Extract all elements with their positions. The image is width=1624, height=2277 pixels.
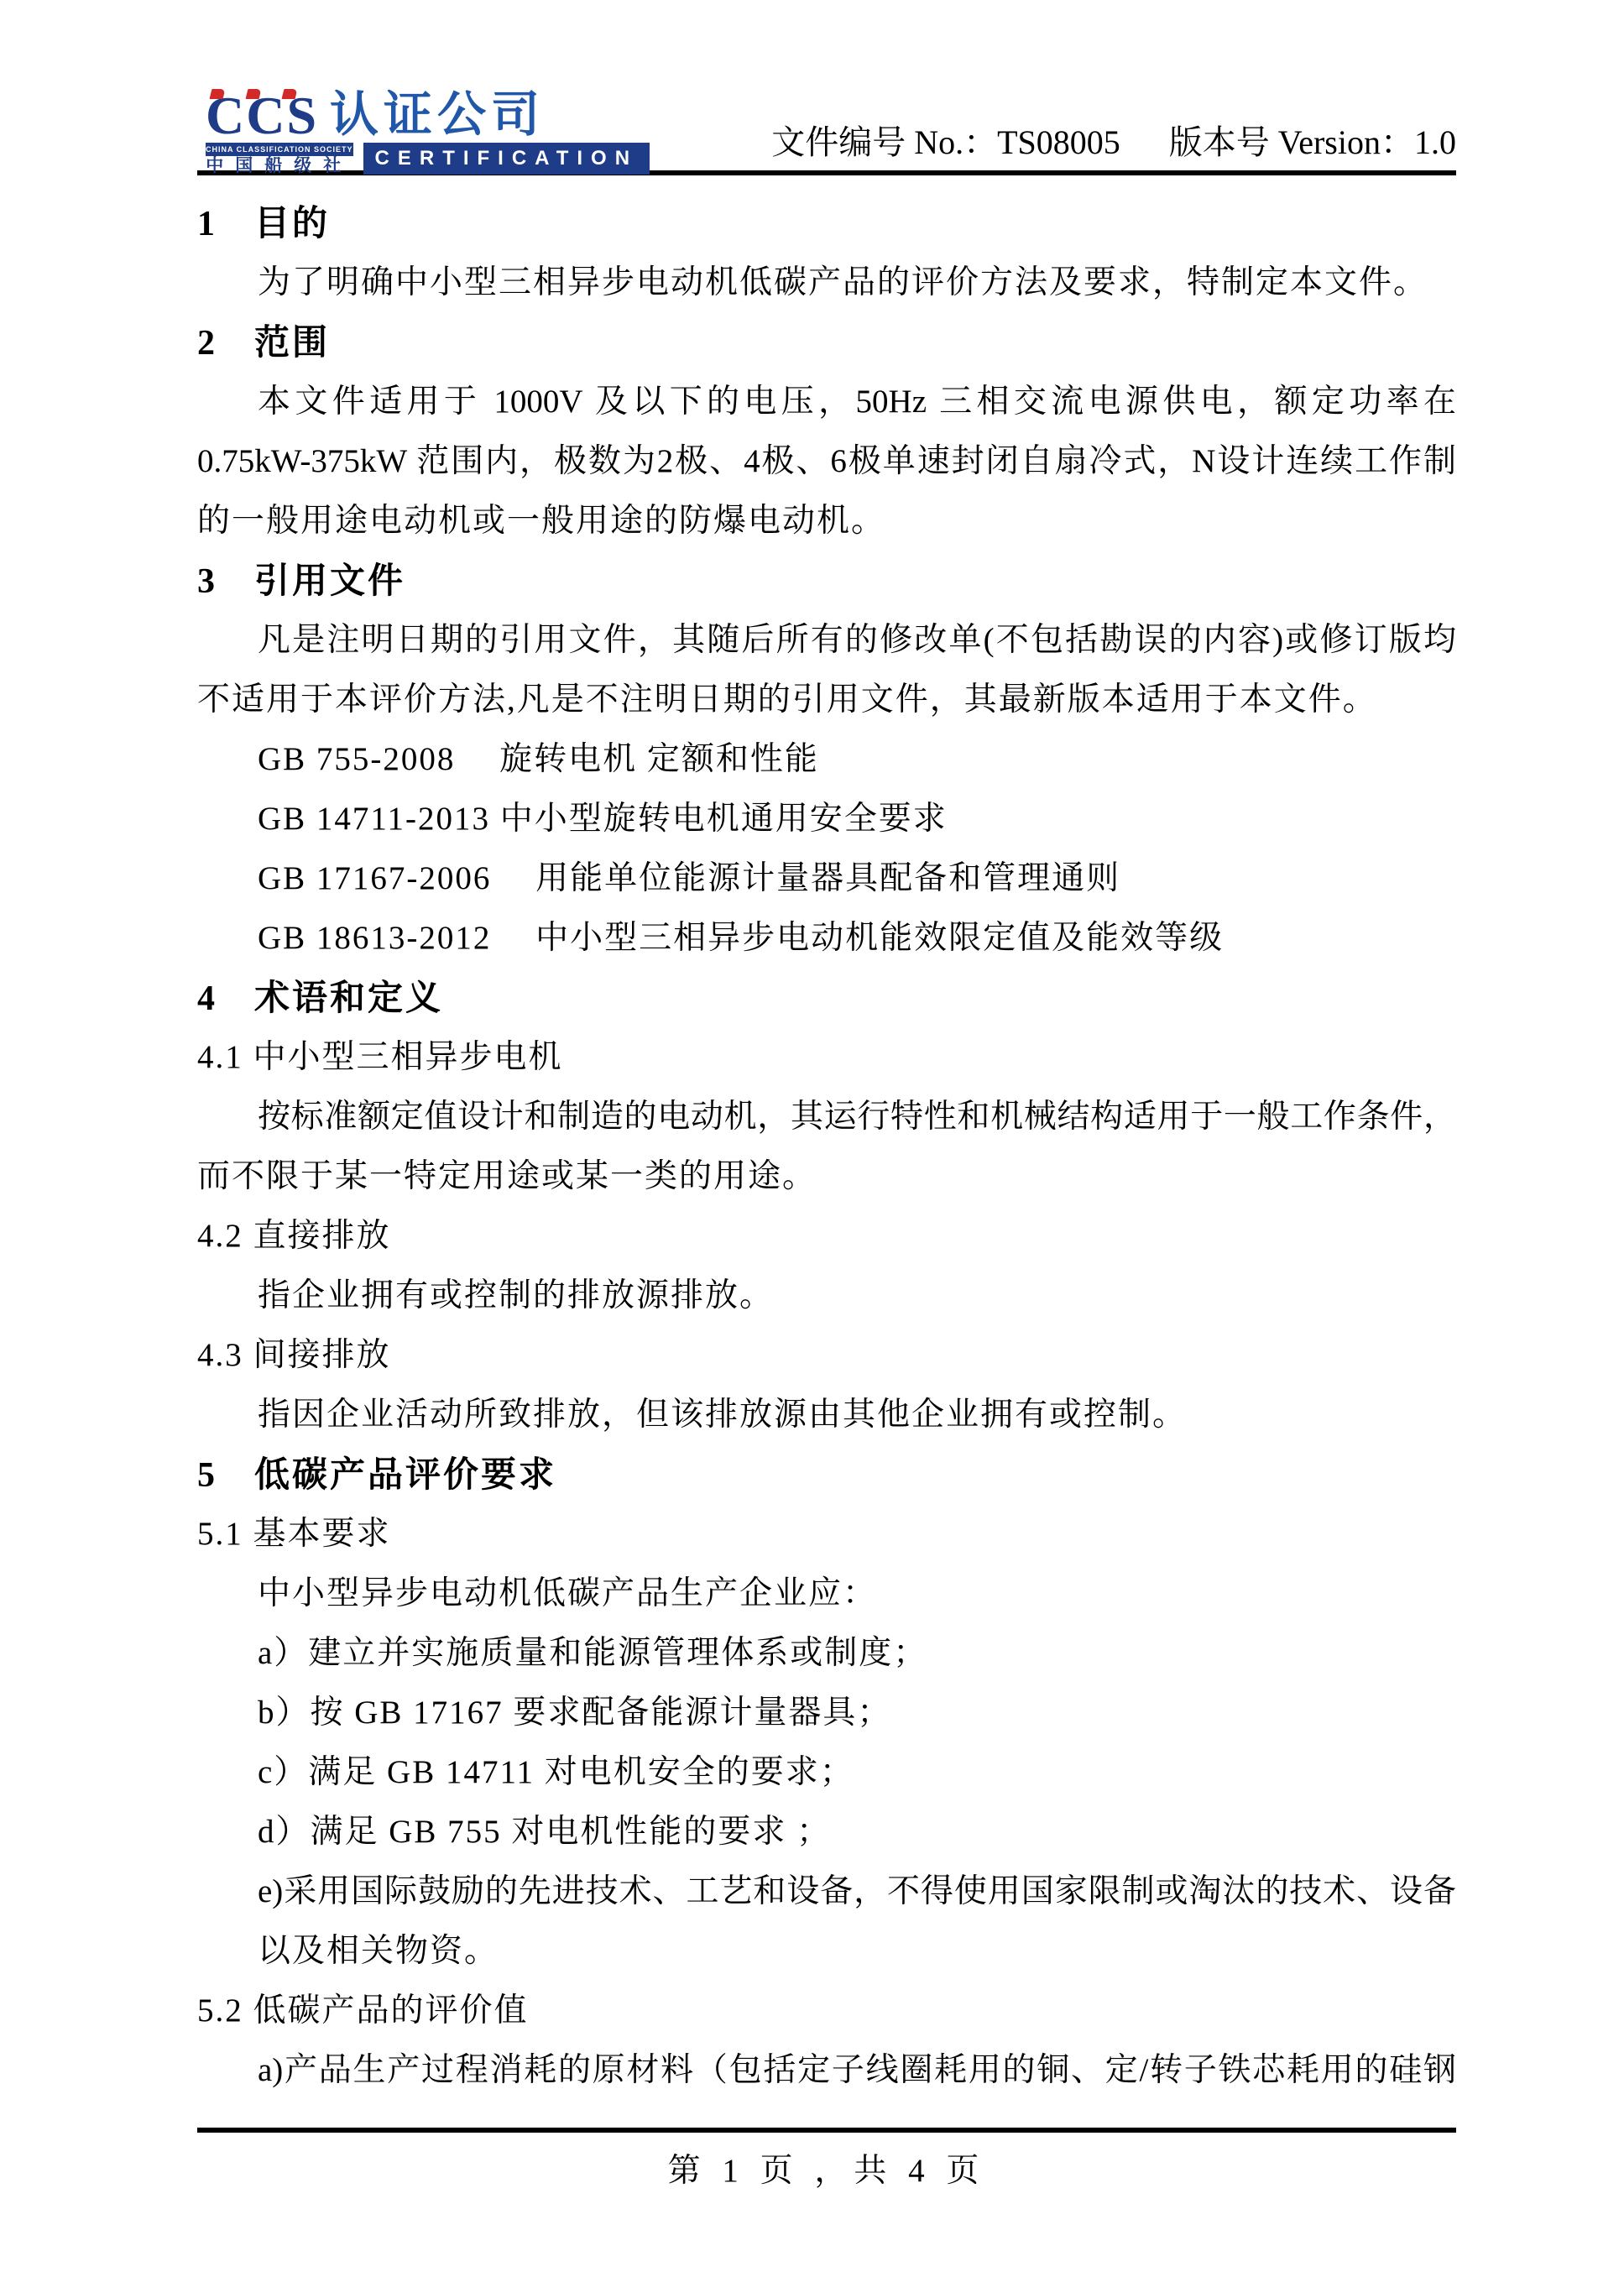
header-meta: 文件编号 No.：TS08005版本号 Version：1.0 bbox=[771, 116, 1456, 164]
section-heading: 2范围 bbox=[197, 312, 1456, 372]
list-item: b）按 GB 17167 要求配备能源计量器具； bbox=[197, 1683, 1456, 1742]
section-title: 目的 bbox=[254, 203, 330, 243]
section-heading: 4术语和定义 bbox=[197, 968, 1456, 1027]
list-item: a)产品生产过程消耗的原材料（包括定子线圈耗用的铜、定/转子铁芯耗用的硅钢 bbox=[197, 2040, 1456, 2100]
list-item: a）建立并实施质量和能源管理体系或制度； bbox=[197, 1623, 1456, 1683]
paragraph-line: 凡是注明日期的引用文件，其随后所有的修改单(不包括勘误的内容)或修订版均 bbox=[197, 610, 1456, 670]
subsection-heading: 5.2 低碳产品的评价值 bbox=[197, 1981, 1456, 2040]
paragraph-line: 指企业拥有或控制的排放源排放。 bbox=[197, 1266, 1456, 1325]
reference-item: GB 17167-2006 用能单位能源计量器具配备和管理通则 bbox=[197, 849, 1456, 908]
section-title: 低碳产品评价要求 bbox=[254, 1454, 556, 1494]
subsection-heading: 4.1 中小型三相异步电机 bbox=[197, 1027, 1456, 1087]
reference-item: GB 755-2008 旋转电机 定额和性能 bbox=[197, 729, 1456, 789]
paragraph-line: 本文件适用于 1000V 及以下的电压，50Hz 三相交流电源供电，额定功率在 bbox=[197, 372, 1456, 431]
section-number: 4 bbox=[197, 969, 254, 1029]
paragraph-line: 为了明确中小型三相异步电动机低碳产品的评价方法及要求，特制定本文件。 bbox=[197, 253, 1456, 312]
page-header: CCS 认证公司 CHINA CLASSIFICATION SOCIETY 中国… bbox=[197, 0, 1456, 175]
section-heading: 1目的 bbox=[197, 193, 1456, 253]
version-number: 版本号 Version：1.0 bbox=[1169, 123, 1456, 161]
reference-item: GB 14711-2013 中小型旋转电机通用安全要求 bbox=[197, 789, 1456, 849]
page-footer: 第 1 页 ，共 4 页 bbox=[197, 2128, 1456, 2191]
ccs-logo-text: CCS bbox=[206, 92, 318, 139]
section-title: 引用文件 bbox=[254, 561, 405, 600]
section-number: 3 bbox=[197, 552, 254, 612]
document-page: CCS 认证公司 CHINA CLASSIFICATION SOCIETY 中国… bbox=[0, 0, 1624, 2277]
logo-left-block: CHINA CLASSIFICATION SOCIETY 中国船级社 bbox=[206, 143, 353, 176]
paragraph-line: 按标准额定值设计和制造的电动机，其运行特性和机械结构适用于一般工作条件， bbox=[197, 1087, 1456, 1146]
reference-item: GB 18613-2012 中小型三相异步电动机能效限定值及能效等级 bbox=[197, 908, 1456, 968]
doc-number: 文件编号 No.：TS08005 bbox=[771, 123, 1120, 161]
subsection-heading: 4.3 间接排放 bbox=[197, 1325, 1456, 1385]
ccs-logo: CCS 认证公司 CHINA CLASSIFICATION SOCIETY 中国… bbox=[206, 91, 558, 176]
document-body: 1目的 为了明确中小型三相异步电动机低碳产品的评价方法及要求，特制定本文件。 2… bbox=[197, 175, 1456, 2100]
society-cn-name: 中国船级社 bbox=[206, 156, 353, 176]
subsection-heading: 5.1 基本要求 bbox=[197, 1504, 1456, 1564]
certification-banner: CERTIFICATION bbox=[363, 143, 650, 175]
paragraph-line: 的一般用途电动机或一般用途的防爆电动机。 bbox=[197, 491, 1456, 551]
paragraph-line: 0.75kW-375kW 范围内，极数为2极、4极、6极单速封闭自扇冷式，N设计… bbox=[197, 431, 1456, 491]
list-item: d）满足 GB 755 对电机性能的要求 ； bbox=[197, 1802, 1456, 1862]
paragraph-line: 指因企业活动所致排放，但该排放源由其他企业拥有或控制。 bbox=[197, 1385, 1456, 1444]
section-number: 2 bbox=[197, 314, 254, 373]
paragraph-line: 中小型异步电动机低碳产品生产企业应： bbox=[197, 1564, 1456, 1623]
section-number: 5 bbox=[197, 1446, 254, 1506]
logo-bottom-row: CHINA CLASSIFICATION SOCIETY 中国船级社 CERTI… bbox=[206, 143, 558, 176]
logo-cn-name: 认证公司 bbox=[330, 91, 545, 139]
section-heading: 5低碳产品评价要求 bbox=[197, 1444, 1456, 1504]
section-number: 1 bbox=[197, 195, 254, 254]
section-title: 范围 bbox=[254, 322, 330, 362]
ccs-red-accent-icon bbox=[210, 89, 226, 99]
ccs-red-accent-icon bbox=[246, 89, 262, 99]
paragraph-line: 不适用于本评价方法,凡是不注明日期的引用文件，其最新版本适用于本文件。 bbox=[197, 670, 1456, 729]
section-heading: 3引用文件 bbox=[197, 551, 1456, 610]
paragraph-line: 而不限于某一特定用途或某一类的用途。 bbox=[197, 1146, 1456, 1206]
subsection-heading: 4.2 直接排放 bbox=[197, 1206, 1456, 1266]
page-number: 第 1 页 ，共 4 页 bbox=[197, 2133, 1456, 2191]
list-item-continuation: 以及相关物资。 bbox=[197, 1921, 1456, 1981]
list-item: c）满足 GB 14711 对电机安全的要求； bbox=[197, 1742, 1456, 1802]
logo-top-row: CCS 认证公司 bbox=[206, 91, 558, 139]
ccs-red-accent-icon bbox=[282, 89, 298, 99]
section-title: 术语和定义 bbox=[254, 978, 443, 1017]
list-item: e)采用国际鼓励的先进技术、工艺和设备，不得使用国家限制或淘汰的技术、设备 bbox=[197, 1862, 1456, 1921]
